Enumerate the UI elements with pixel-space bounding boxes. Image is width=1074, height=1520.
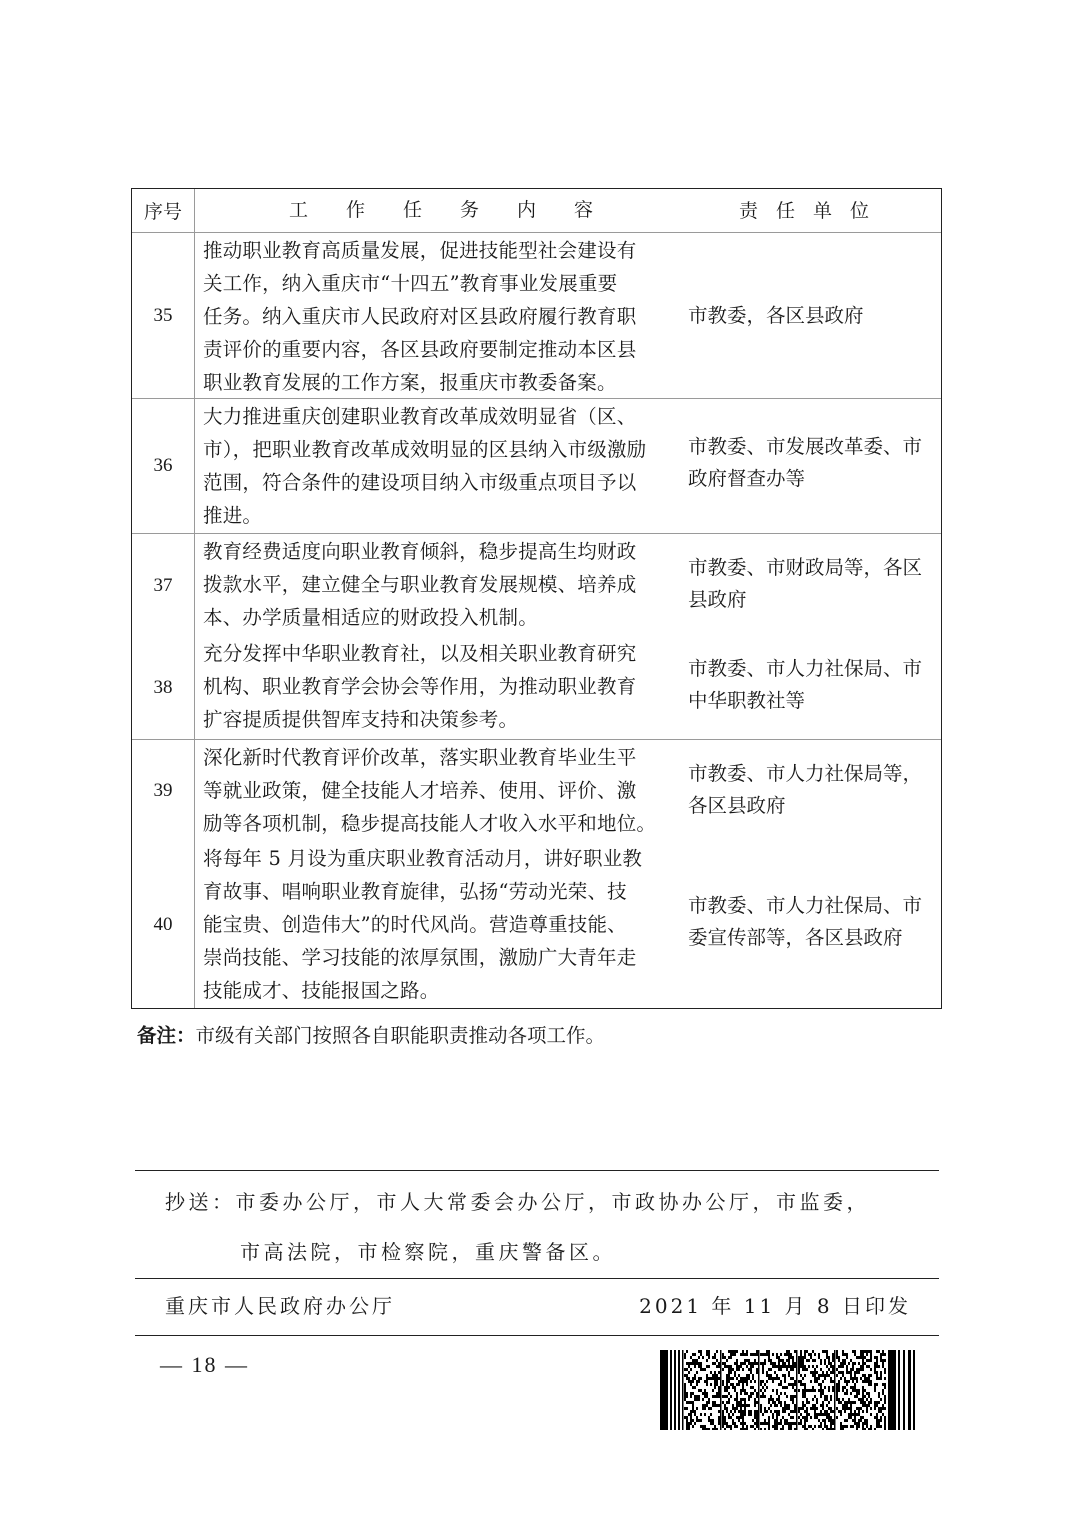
issuing-office: 重庆市人民政府办公厅 <box>165 1290 395 1319</box>
unit-line: 中华职教社等 <box>688 685 941 717</box>
task-line: 教育经费适度向职业教育倾斜，稳步提高生均财政 <box>203 535 685 568</box>
divider-line <box>135 1335 939 1336</box>
table-row: 37 教育经费适度向职业教育倾斜，稳步提高生均财政 拨款水平，建立健全与职业教育… <box>132 533 941 637</box>
unit-line: 县政府 <box>688 584 941 616</box>
cc-line-2: 市高法院，市检察院，重庆警备区。 <box>240 1236 616 1265</box>
row-unit: 市教委、市发展改革委、市 政府督查办等 <box>685 399 941 533</box>
task-table: 序号 工作任务内容 责任单位 35 推动职业教育高质量发展，促进技能型社会建设有… <box>131 188 942 1009</box>
table-row: 40 将每年 5 月设为重庆职业教育活动月，讲好职业教 育故事、唱响职业教育旋律… <box>132 842 941 1008</box>
task-line: 本、办学质量相适应的财政投入机制。 <box>203 601 685 634</box>
cc-line-1: 抄送：市委办公厅，市人大常委会办公厅，市政协办公厅，市监委， <box>165 1186 870 1215</box>
unit-line: 市教委、市财政局等，各区 <box>688 552 941 584</box>
unit-line: 市教委、市人力社保局、市 <box>688 890 941 922</box>
table-header-row: 序号 工作任务内容 责任单位 <box>132 189 941 232</box>
row-seq: 38 <box>132 637 195 739</box>
row-task: 教育经费适度向职业教育倾斜，稳步提高生均财政 拨款水平，建立健全与职业教育发展规… <box>195 534 685 637</box>
table-row: 36 大力推进重庆创建职业教育改革成效明显省（区、 市），把职业教育改革成效明显… <box>132 398 941 533</box>
task-line: 范围，符合条件的建设项目纳入市级重点项目予以 <box>203 466 685 499</box>
task-line: 市），把职业教育改革成效明显的区县纳入市级激励 <box>203 433 685 466</box>
row-task: 将每年 5 月设为重庆职业教育活动月，讲好职业教 育故事、唱响职业教育旋律，弘扬… <box>195 842 685 1008</box>
task-line: 崇尚技能、学习技能的浓厚氛围，激励广大青年走 <box>203 941 685 974</box>
unit-line: 市教委、市人力社保局、市 <box>688 653 941 685</box>
task-line: 能宝贵、创造伟大”的时代风尚。营造尊重技能、 <box>203 908 685 941</box>
row-seq: 37 <box>132 534 195 637</box>
header-task: 工作任务内容 <box>195 189 685 232</box>
document-page: 序号 工作任务内容 责任单位 35 推动职业教育高质量发展，促进技能型社会建设有… <box>0 0 1074 1520</box>
page-number: — 18 — <box>160 1352 249 1378</box>
task-line: 育故事、唱响职业教育旋律，弘扬“劳动光荣、技 <box>203 875 685 908</box>
header-unit: 责任单位 <box>685 189 941 232</box>
row-unit: 市教委、市财政局等，各区 县政府 <box>685 534 941 637</box>
task-line: 责评价的重要内容，各区县政府要制定推动本区县 <box>203 333 685 366</box>
unit-line: 市教委，各区县政府 <box>688 300 864 332</box>
task-line: 技能成才、技能报国之路。 <box>203 974 685 1007</box>
table-note: 备注：市级有关部门按照各自职能职责推动各项工作。 <box>137 1020 605 1048</box>
task-line: 机构、职业教育学会协会等作用，为推动职业教育 <box>203 670 685 703</box>
task-line: 推动职业教育高质量发展，促进技能型社会建设有 <box>203 234 685 267</box>
task-line: 拨款水平，建立健全与职业教育发展规模、培养成 <box>203 568 685 601</box>
pdf417-barcode-icon <box>660 1350 916 1430</box>
cc-recipients: 市委办公厅，市人大常委会办公厅，市政协办公厅，市监委， <box>236 1190 871 1214</box>
task-line: 深化新时代教育评价改革，落实职业教育毕业生平 <box>203 741 685 774</box>
divider-line <box>135 1278 939 1279</box>
issue-date: 2021 年 11 月 8 日印发 <box>639 1290 911 1319</box>
header-seq: 序号 <box>132 189 195 232</box>
row-task: 深化新时代教育评价改革，落实职业教育毕业生平 等就业政策，健全技能人才培养、使用… <box>195 740 685 842</box>
row-task: 推动职业教育高质量发展，促进技能型社会建设有 关工作，纳入重庆市“十四五”教育事… <box>195 233 685 398</box>
table-row: 38 充分发挥中华职业教育社，以及相关职业教育研究 机构、职业教育学会协会等作用… <box>132 637 941 739</box>
row-seq: 36 <box>132 399 195 533</box>
table-row: 39 深化新时代教育评价改革，落实职业教育毕业生平 等就业政策，健全技能人才培养… <box>132 739 941 842</box>
divider-line <box>135 1170 939 1171</box>
unit-line: 市教委、市人力社保局等， <box>688 758 941 790</box>
row-task: 大力推进重庆创建职业教育改革成效明显省（区、 市），把职业教育改革成效明显的区县… <box>195 399 685 533</box>
note-label: 备注： <box>137 1024 196 1047</box>
task-line: 将每年 5 月设为重庆职业教育活动月，讲好职业教 <box>203 842 685 875</box>
task-line: 扩容提质提供智库支持和决策参考。 <box>203 703 685 736</box>
row-unit: 市教委、市人力社保局等， 各区县政府 <box>685 740 941 842</box>
task-line: 大力推进重庆创建职业教育改革成效明显省（区、 <box>203 400 685 433</box>
table-row: 35 推动职业教育高质量发展，促进技能型社会建设有 关工作，纳入重庆市“十四五”… <box>132 232 941 398</box>
task-line: 励等各项机制，稳步提高技能人才收入水平和地位。 <box>203 807 685 840</box>
unit-line: 市教委、市发展改革委、市 <box>688 431 941 463</box>
unit-line: 政府督查办等 <box>688 463 941 495</box>
task-line: 任务。纳入重庆市人民政府对区县政府履行教育职 <box>203 300 685 333</box>
task-line: 职业教育发展的工作方案，报重庆市教委备案。 <box>203 366 685 399</box>
row-unit: 市教委，各区县政府 <box>685 233 941 398</box>
task-line: 推进。 <box>203 499 685 532</box>
note-text: 市级有关部门按照各自职能职责推动各项工作。 <box>196 1024 606 1047</box>
task-line: 关工作，纳入重庆市“十四五”教育事业发展重要 <box>203 267 685 300</box>
row-unit: 市教委、市人力社保局、市 中华职教社等 <box>685 637 941 739</box>
row-seq: 35 <box>132 233 195 398</box>
task-line: 等就业政策，健全技能人才培养、使用、评价、激 <box>203 774 685 807</box>
unit-line: 委宣传部等，各区县政府 <box>688 922 941 954</box>
row-seq: 40 <box>132 842 195 1008</box>
unit-line: 各区县政府 <box>688 790 941 822</box>
task-line: 充分发挥中华职业教育社，以及相关职业教育研究 <box>203 637 685 670</box>
row-task: 充分发挥中华职业教育社，以及相关职业教育研究 机构、职业教育学会协会等作用，为推… <box>195 637 685 739</box>
row-unit: 市教委、市人力社保局、市 委宣传部等，各区县政府 <box>685 842 941 1008</box>
cc-label: 抄送： <box>165 1190 236 1214</box>
row-seq: 39 <box>132 740 195 842</box>
